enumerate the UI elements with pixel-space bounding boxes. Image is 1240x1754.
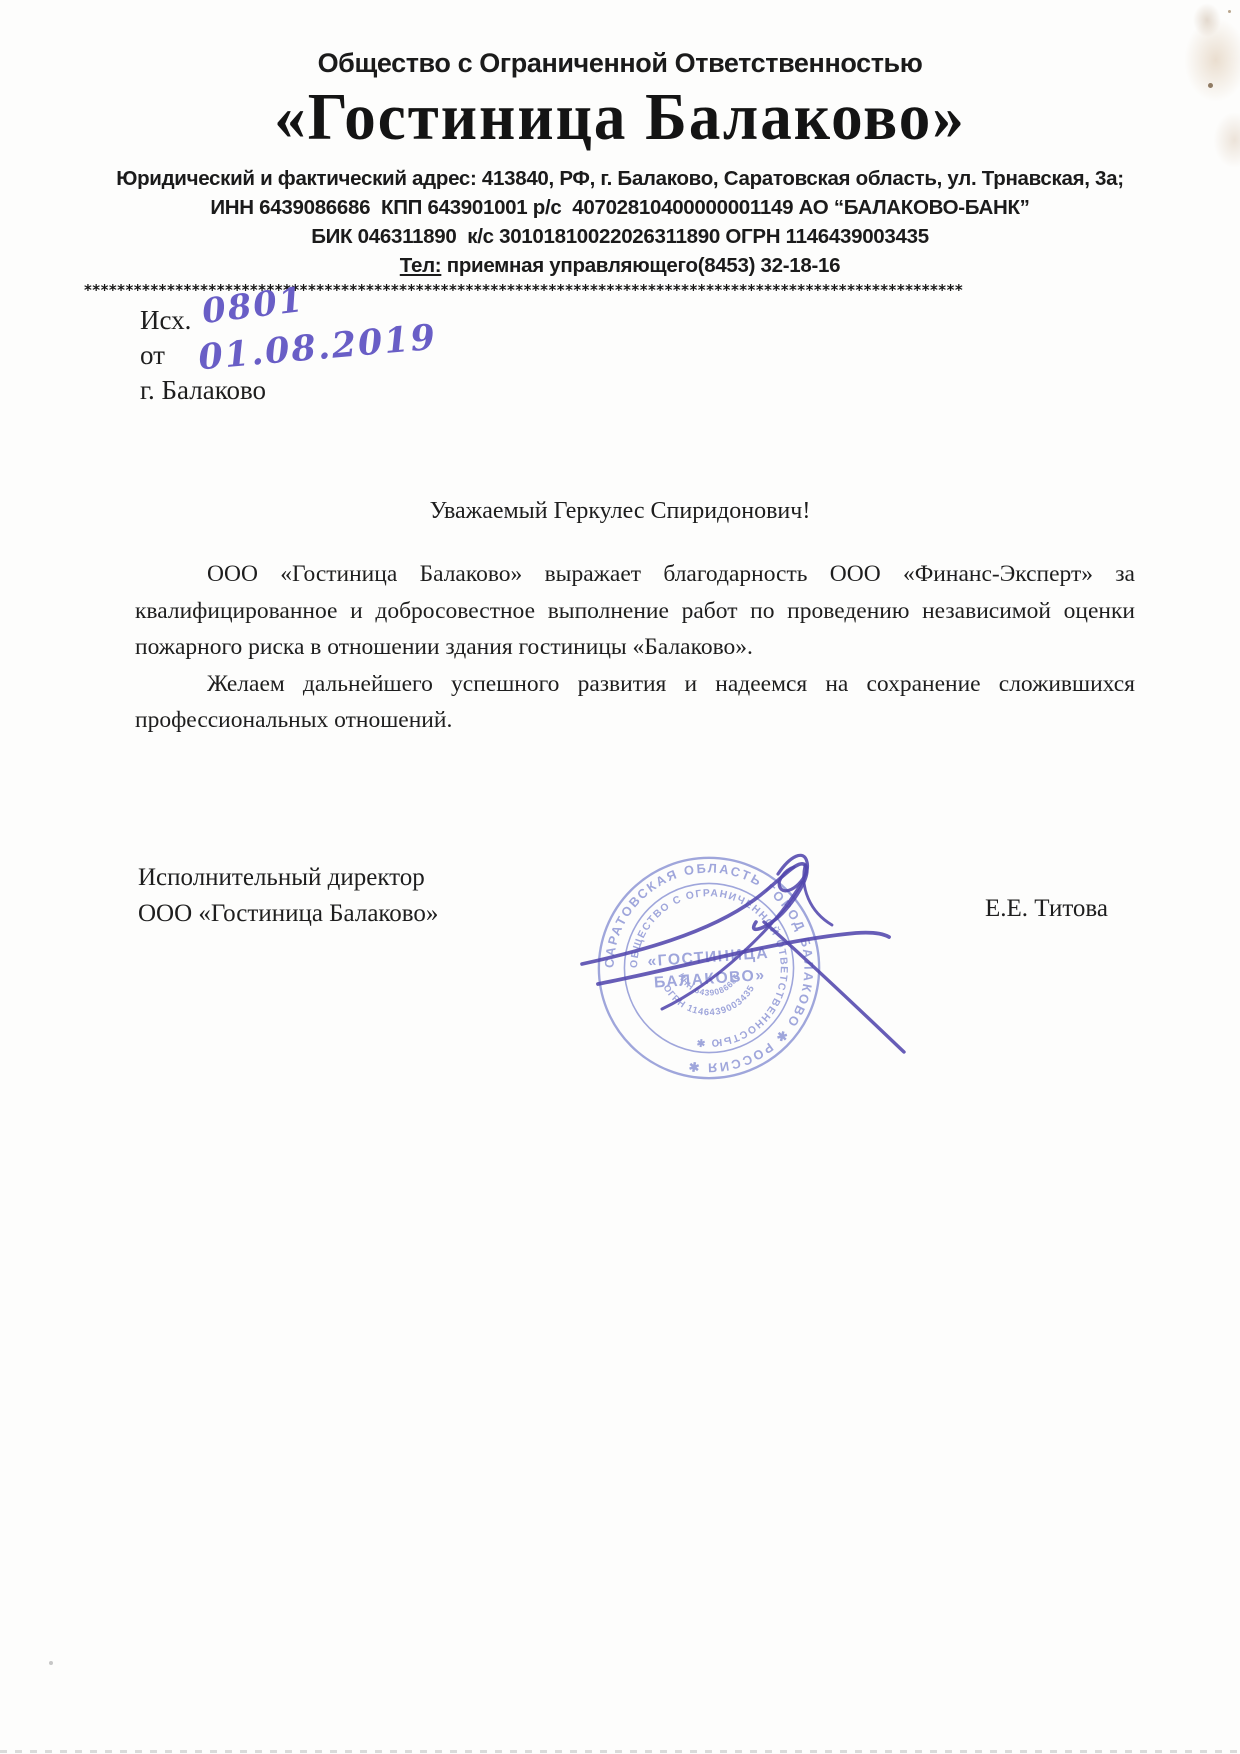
- organization-name: «Гостиница Балаково»: [0, 79, 1240, 156]
- letterhead: Общество с Ограниченной Ответственностью…: [0, 48, 1240, 280]
- scan-speck: [1208, 83, 1213, 88]
- ref-block: Исх. 0801 от 01.08.2019 г. Балаково: [140, 303, 266, 408]
- handwritten-signature: [552, 822, 912, 1062]
- letter-body: ООО «Гостиница Балаково» выражает благод…: [135, 556, 1135, 739]
- phone-line: Тел: приемная управляющего(8453) 32-18-1…: [0, 251, 1240, 280]
- organization-type: Общество с Ограниченной Ответственностью: [0, 48, 1240, 79]
- outgoing-label: Исх.: [140, 305, 191, 335]
- paragraph-1: ООО «Гостиница Балаково» выражает благод…: [135, 556, 1135, 666]
- scan-bottom-edge: [0, 1750, 1240, 1753]
- address-line: Юридический и фактический адрес: 413840,…: [0, 164, 1240, 193]
- signer-position-line2: ООО «Гостиница Балаково»: [138, 896, 438, 932]
- date-row: от 01.08.2019: [140, 338, 266, 373]
- scan-speck: [49, 1661, 53, 1665]
- city-line: г. Балаково: [140, 373, 266, 408]
- date-label: от: [140, 340, 165, 370]
- outgoing-number-handwritten: 0801: [200, 283, 306, 330]
- signer-name: Е.Е. Титова: [985, 895, 1108, 923]
- inn-kpp-line: ИНН 6439086686 КПП 643901001 р/с 4070281…: [0, 193, 1240, 222]
- phone-value: приемная управляющего(8453) 32-18-16: [441, 254, 840, 277]
- signer-position-block: Исполнительный директор ООО «Гостиница Б…: [138, 860, 438, 932]
- salutation: Уважаемый Геркулес Спиридонович!: [120, 498, 1120, 525]
- scan-speck: [1228, 10, 1231, 13]
- paragraph-2: Желаем дальнейшего успешного развития и …: [135, 666, 1135, 739]
- signer-position-line1: Исполнительный директор: [138, 860, 438, 896]
- bik-ogrn-line: БИК 046311890 к/с 30101810022026311890 О…: [0, 222, 1240, 251]
- phone-label: Тел:: [400, 254, 442, 277]
- scanned-letter-page: Общество с Ограниченной Ответственностью…: [0, 0, 1240, 1754]
